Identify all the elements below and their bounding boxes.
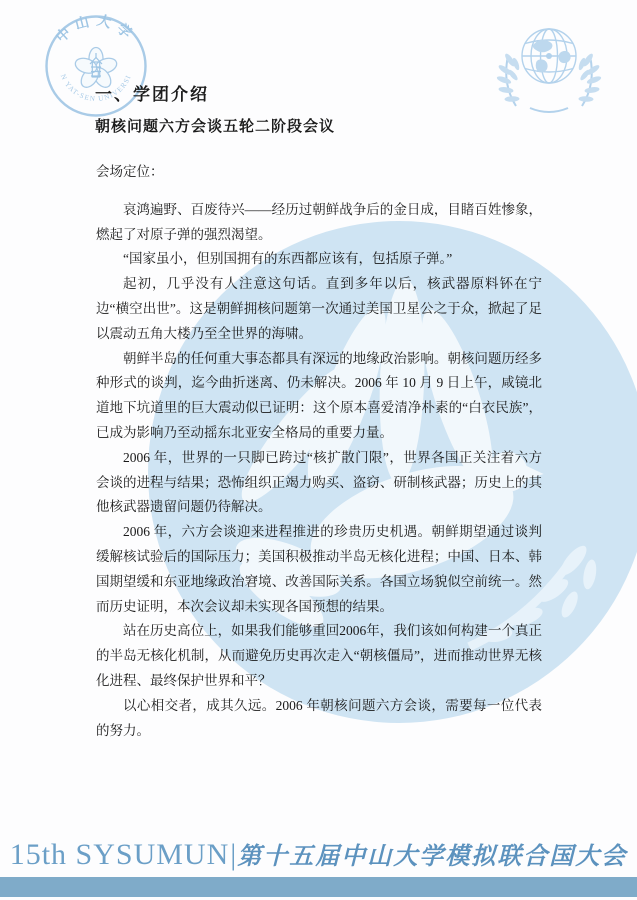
paragraph-1: 哀鸿遍野、百废待兴——经历过朝鲜战争后的金日成，目睹百姓惨象，燃起了对原子弹的强…	[96, 198, 542, 248]
svg-text:中山大学: 中山大学	[53, 14, 140, 46]
document-page: 中山大学 SUN YAT-SEN UNIVERSITY	[0, 0, 637, 900]
paragraph-6: 2006 年，六方会谈迎来进程推进的珍贵历史机遇。朝鲜期望通过谈判缓解核试验后的…	[96, 520, 542, 619]
footer-banner: 15th SYSUMUN|第十五届中山大学模拟联合国大会	[0, 836, 637, 872]
seal-chinese-name: 中山大学	[53, 14, 140, 46]
paragraph-2: “国家虽小，但别国拥有的东西都应该有，包括原子弹。”	[96, 247, 542, 272]
footer-english-title: 15th SYSUMUN	[10, 838, 230, 871]
paragraph-7: 站在历史高位上，如果我们能够重回2006年，我们该如何构建一个真正的半岛无核化机…	[96, 619, 542, 693]
section-heading: 一、学团介绍	[95, 80, 209, 105]
venue-positioning-label: 会场定位：	[96, 160, 542, 185]
paragraph-8: 以心相交者，成其久远。2006 年朝核问题六方会谈，需要每一位代表的努力。	[96, 694, 542, 744]
footer-chinese-title: 第十五届中山大学模拟联合国大会	[237, 844, 627, 870]
paragraph-3: 起初，几乎没有人注意这句话。直到多年以后，核武器原料钚在宁边“横空出世”。这是朝…	[96, 272, 542, 346]
footer-bar	[0, 877, 637, 897]
paragraph-4: 朝鲜半岛的任何重大事态都具有深远的地缘政治影响。朝核问题历经多种形式的谈判，迄今…	[96, 347, 542, 446]
committee-title: 朝核问题六方会谈五轮二阶段会议	[95, 115, 335, 136]
un-emblem-icon	[486, 12, 612, 116]
paragraph-5: 2006 年，世界的一只脚已跨过“核扩散门限”，世界各国正关注着六方会谈的进程与…	[96, 446, 542, 520]
body-text-block: 会场定位： 哀鸿遍野、百废待兴——经历过朝鲜战争后的金日成，目睹百姓惨象，燃起了…	[96, 160, 542, 743]
